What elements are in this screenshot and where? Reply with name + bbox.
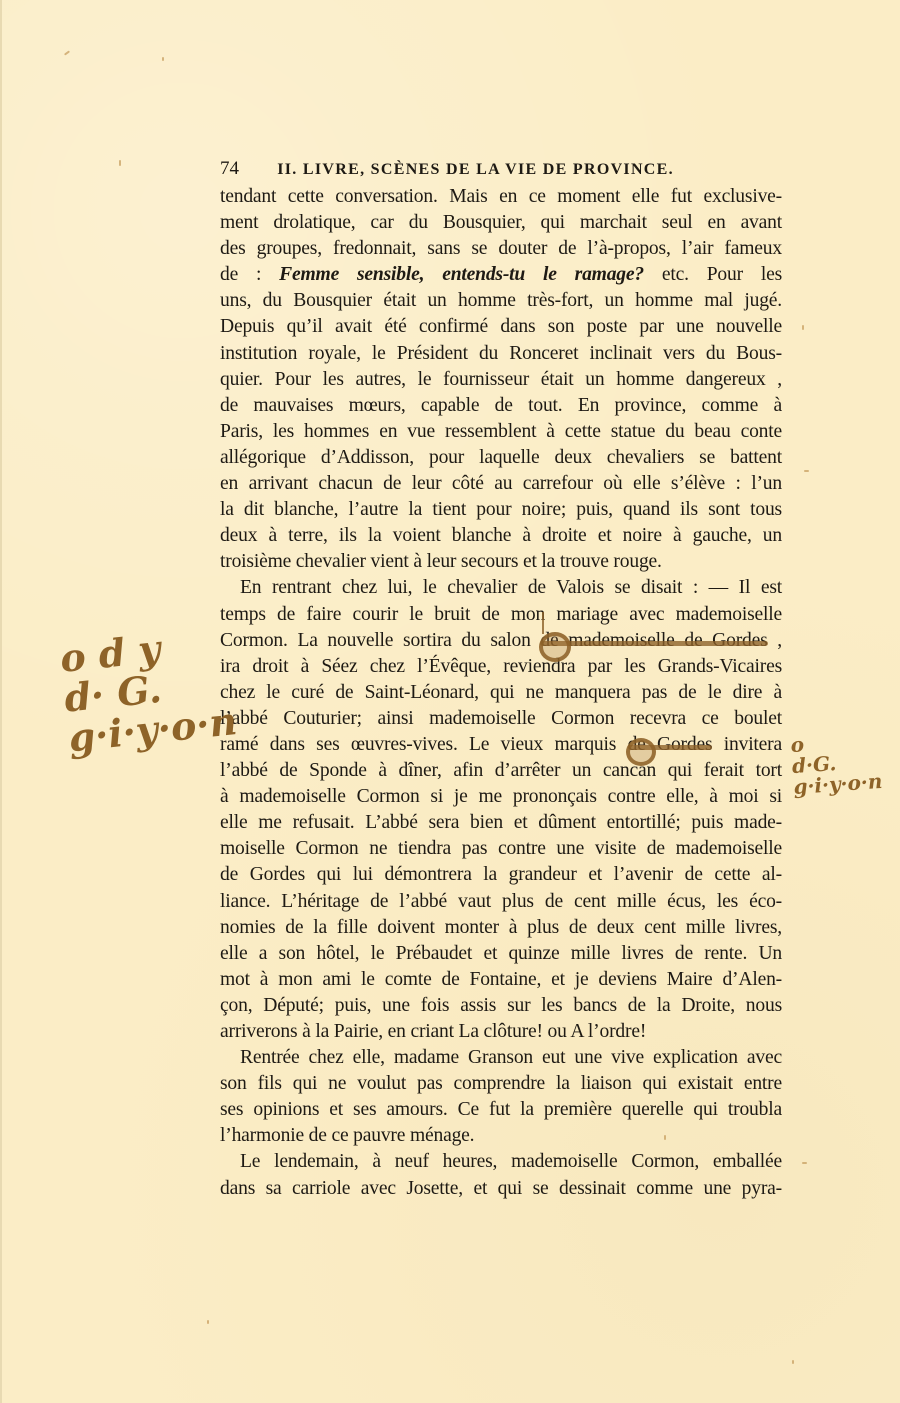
text-line: de Gordes qui lui démontrera la grandeur… [220,862,782,888]
text-line: des groupes, fredonnait, sans se douter … [220,236,782,262]
body-text: tendant cette conversation. Mais en ce m… [220,184,782,1202]
text-line: ira droit à Séez chez l’Évêque, reviendr… [220,654,782,680]
text-line: arriverons à la Pairie, en criant La clô… [220,1019,782,1045]
left-margin-handwritten-note: o d y d· G. g·i·y·o·n [58,621,239,758]
text-line: temps de faire courir le bruit de mon ma… [220,602,782,628]
deletion-circle-mark [626,738,656,766]
text-line: dans sa carriole avec Josette, et qui se… [220,1176,782,1202]
text-line: de mauvaises mœurs, capable de tout. En … [220,393,782,419]
text-line: ment drolatique, car du Bousquier, qui m… [220,210,782,236]
text-line: chez le curé de Saint-Léonard, qui ne ma… [220,680,782,706]
paper-speck [162,57,164,61]
text-line: çon, Député; puis, une fois assis sur le… [220,993,782,1019]
text-span: de : [220,264,279,285]
text-span: etc. Pour les [644,264,782,285]
insertion-caret-mark [542,612,544,634]
text-line: En rentrant chez lui, le chevalier de Va… [220,575,782,601]
struck-through-text: de mademoiselle de Gordes [540,630,767,651]
text-line: institution royale, le Président du Ronc… [220,341,782,367]
text-line: quier. Pour les autres, le fournisseur é… [220,367,782,393]
text-line: troisième chevalier vient à leur secours… [220,549,782,575]
text-line: Paris, les hommes en vue ressemblent à c… [220,419,782,445]
text-line: liance. L’héritage de l’abbé vaut plus d… [220,889,782,915]
text-line: nomies de la fille doivent monter à plus… [220,915,782,941]
paper-speck [64,50,70,55]
text-line: deux à terre, ils la voient blanche à dr… [220,523,782,549]
text-line: ses opinions et ses amours. Ce fut la pr… [220,1097,782,1123]
text-span: ramé dans ses œuvres-vives. Le vieux mar… [220,734,628,755]
text-line: elle me refusait. L’abbé sera bien et dû… [220,810,782,836]
text-span: , [768,630,782,651]
text-line: en arrivant chacun de leur côté au carre… [220,471,782,497]
paper-speck [802,1162,807,1164]
text-line: ramé dans ses œuvres-vives. Le vieux mar… [220,732,782,758]
text-line: Rentrée chez elle, madame Granson eut un… [220,1045,782,1071]
paper-speck [792,1360,794,1364]
text-span: invitera [712,734,782,755]
paper-speck [802,325,804,330]
text-line: de : Femme sensible, entends-tu le ramag… [220,262,782,288]
running-head-title: II. LIVRE, SCÈNES DE LA VIE DE PROVINCE. [277,161,674,178]
text-line: uns, du Bousquier était un homme très-fo… [220,288,782,314]
right-margin-handwritten-note: o d·G. g·i·y·o·n [790,729,883,798]
book-page: 74 II. LIVRE, SCÈNES DE LA VIE DE PROVIN… [0,0,900,1403]
page-number: 74 [220,158,239,179]
text-line: la dit blanche, l’autre la tient pour no… [220,497,782,523]
text-line: Le lendemain, à neuf heures, mademoisell… [220,1149,782,1175]
text-line: l’abbé de Sponde à dîner, afin d’arrêter… [220,758,782,784]
paper-speck [119,160,121,166]
running-header: 74 II. LIVRE, SCÈNES DE LA VIE DE PROVIN… [220,156,782,182]
text-line: à mademoiselle Cormon si je me prononçai… [220,784,782,810]
text-line: l’harmonie de ce pauvre ménage. [220,1123,782,1149]
text-line: son fils qui ne voulut pas comprendre la… [220,1071,782,1097]
text-line: Depuis qu’il avait été confirmé dans son… [220,314,782,340]
text-line: allégorique d’Addisson, pour laquelle de… [220,445,782,471]
paper-speck [804,470,809,472]
text-line: Cormon. La nouvelle sortira du salon de … [220,628,782,654]
paper-speck [207,1320,209,1324]
text-line: moiselle Cormon ne tiendra pas contre un… [220,836,782,862]
text-line: elle a son hôtel, le Prébaudet et quinze… [220,941,782,967]
text-line: mot à mon ami le comte de Fontaine, et j… [220,967,782,993]
text-line: l’abbé Couturier; ainsi mademoiselle Cor… [220,706,782,732]
deletion-circle-mark [539,632,571,662]
text-span: Cormon. La nouvelle sortira du salon [220,630,540,651]
text-line: tendant cette conversation. Mais en ce m… [220,184,782,210]
italic-song-title: Femme sensible, entends-tu le ramage? [279,264,644,285]
